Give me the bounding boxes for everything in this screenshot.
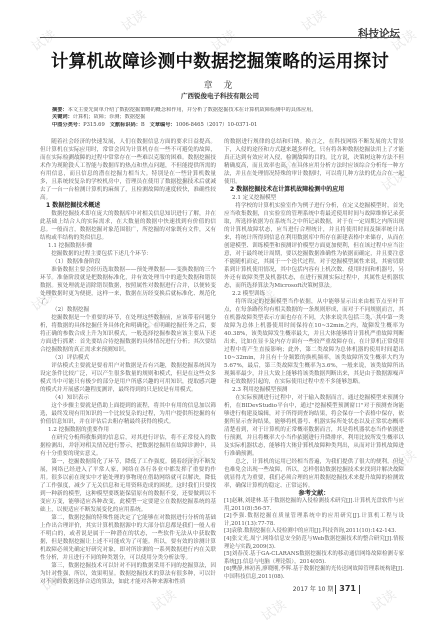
keywords-label: 关键词：	[52, 114, 73, 120]
footer-divider	[359, 585, 360, 594]
header-rule	[40, 37, 400, 38]
article-no-value: 1006-8465（2017）10-0371-01	[176, 122, 258, 128]
section-1-2-body: 在研究分析所收集到的信息后，对其进行评估，将不正常侵入的数据检测出，并针对相关情…	[40, 434, 216, 458]
continued-paragraph: 的数据进行规律的总结和归纳。换言之，在科技网络不断发展的大背景下，入侵的途径和方…	[224, 138, 404, 186]
section-2-1-body: 将学校的计算机实验室作为例子进行分析，在定义挖掘模型时，首先应当收集数据，自实验…	[224, 202, 404, 290]
step-3-body: 评估模式主要就是要看用户对数据是否有兴趣，数据挖掘系统因为设定条件比较广泛，可以…	[40, 362, 216, 394]
affiliation: 广西锐俊电子科技有限公司	[0, 91, 440, 100]
point-3: 第三，数据挖掘技术可以针对不同的数据采用不同的挖掘算法，因为针对性强，所以，效果…	[40, 562, 216, 586]
left-column: 随着社会经济的快速发展，人们在数据信息方面的要求日益提高。但计算机在实际应用时，…	[40, 138, 216, 586]
reference-item: [5]刘春茂.基于GA-CLARANS数据挖掘技术的移动通信网络故障检测专家系统…	[224, 551, 404, 566]
section-2-3-heading: 2.3 利用挖掘模型预测	[224, 386, 404, 394]
section-1-2-heading: 1.2 挖掘数据的重要作用	[40, 426, 216, 434]
step-1-heading: （1）数据准备阶段	[40, 258, 216, 266]
keywords-text: 计算机；故障；诊测；数据挖掘	[73, 114, 146, 120]
article-title: 计算机故障诊测中数据挖掘策略的运用探讨	[0, 48, 440, 73]
section-1-1-heading: 1.1 挖掘数据步骤	[40, 242, 216, 250]
doc-code-value: B	[141, 122, 145, 128]
keywords: 关键词：计算机；故障；诊测；数据挖掘	[52, 114, 400, 121]
step-3-heading: （3）评估模式	[40, 354, 216, 362]
section-2-heading: 2 数据挖掘技术在计算机故障检测中的应用	[224, 186, 404, 194]
classification-label: 中图分类号：	[52, 122, 83, 128]
section-1-body: 数据挖掘技术即在庞大的数据库中对相关信息知识进行了解，并在此基础上结合人的实际需…	[40, 210, 216, 242]
section-tag: 科技论坛	[358, 26, 400, 41]
classification-value: P315.69	[83, 122, 105, 128]
abstract: 摘要：本文主要先简单介绍了数据挖掘策略的概念和作用，并分析了数据挖掘技术在计算机…	[52, 107, 400, 114]
classification-row: 中图分类号：P315.69 文献标识码：B 文章编号：1006-8465（201…	[52, 122, 400, 129]
issue-label: 2017 年 10 期	[293, 586, 334, 593]
section-2-2-heading: 2.2 模型训练	[224, 290, 404, 298]
section-2-1-heading: 2.1 定义挖掘模型	[224, 194, 404, 202]
reference-item: [6]樊静,林初善,廖晓刚,李辉.基于数据挖掘的光传送网故障管理系统构建[J].…	[224, 566, 404, 581]
point-2: 第二，数据挖掘的特殊性能决定了它能够在对数据进行分析的基础上作出合理评价，其实计…	[40, 514, 216, 562]
author: 章 龙	[0, 78, 440, 91]
page-footer: 2017 年 10 期 371	[293, 584, 360, 594]
abstract-label: 摘要：	[52, 107, 68, 113]
doc-code-label: 文献标识码：	[110, 122, 141, 128]
conclusion: 总之，计算机的运用已经相当普遍，为我们提供了很大的便利，但是也难免会出现一些故障…	[224, 458, 404, 490]
reference-item: [1]赵琳,刘建林.基于数据挖掘的入侵检测技术研究[J].计算机光盘软件与应用,…	[224, 498, 404, 513]
article-no-label: 文章编号：	[150, 122, 176, 128]
section-2-2-body: 将所设定的挖掘模型当作依据，从中能够显示出来由根节点至叶节点，在每条路径均有相关…	[224, 298, 404, 386]
page-number: 371	[336, 584, 359, 593]
abstract-text: 本文主要先简单介绍了数据挖掘策略的概念和作用，并分析了数据挖掘技术在计算机故障检…	[68, 107, 317, 113]
reference-item: [4]张文光,周宁.网络信息安全防范与Web数据挖掘技术的整合研究[J].情报理…	[224, 536, 404, 551]
right-column: 的数据进行规律的总结和归纳。换言之，在科技网络不断发展的大背景下，入侵的途径和方…	[224, 138, 404, 582]
point-1: 第一，挖掘数据简化了环节，降低了工作强度。随着经济的不断发展，网络已经进入了平常…	[40, 458, 216, 514]
article-meta: 摘要：本文主要先简单介绍了数据挖掘策略的概念和作用，并分析了数据挖掘技术在计算机…	[52, 107, 400, 129]
step-2-body: 挖掘数据是一个重要的环节，在处理这些数据前，应该带着问题分析，将数据的具体挖掘任…	[40, 314, 216, 354]
intro-paragraph: 随着社会经济的快速发展，人们在数据信息方面的要求日益提高。但计算机在实际应用时，…	[40, 138, 216, 202]
references-heading: 参考文献：	[224, 490, 404, 498]
reference-item: [2]李强.数据挖掘在质量管理系统中的应用研究[J].计算机工程与设计,2011…	[224, 513, 404, 528]
reference-item: [3]袁敏.数据挖掘在入侵检测中的应用[J].科技咨询,2011(10):142…	[224, 528, 404, 536]
step-4-heading: （4）知识表示	[40, 394, 216, 402]
section-2-3-body: 在实际预测进行过程中，对于输入数据而言，通过挖掘模型来预测分析，在BIDevSt…	[224, 394, 404, 458]
step-1-body: 准备数据主要会经历选取数据——预处理数据——变换数据的三个环节。准备阶段就是把数…	[40, 266, 216, 306]
step-4-body: 这个步骤主要就是借助上面提到的流程，将其中有用的信息加以筛选，最终发现有用知识的…	[40, 402, 216, 426]
section-1-1-intro: 挖掘数据的过程主要包括下述几个环节：	[40, 250, 216, 258]
section-1-heading: 1 数据挖掘技术概述	[40, 202, 216, 210]
step-2-heading: （2）数据挖掘	[40, 306, 216, 314]
